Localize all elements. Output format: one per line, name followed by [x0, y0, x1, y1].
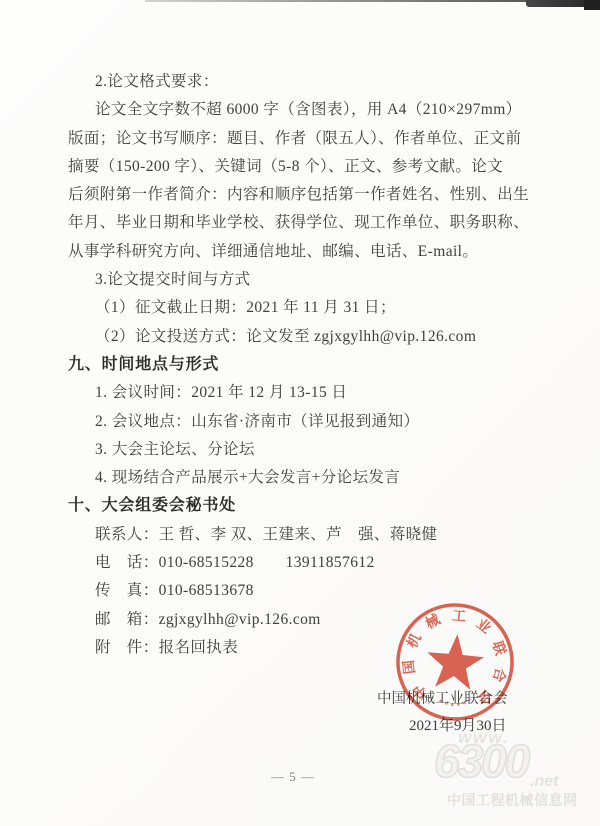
- doc-line: 2.论文格式要求：: [68, 68, 518, 96]
- doc-line: 论文全文字数不超 6000 字（含图表），用 A4（210×297mm）: [68, 96, 518, 124]
- doc-line: 4. 现场结合产品展示+大会发言+分论坛发言: [68, 464, 518, 492]
- seal-bottom-marks: [439, 699, 466, 707]
- doc-line: 1. 会议时间：2021 年 12 月 13-15 日: [68, 379, 518, 407]
- watermark-caption: 中国工程机械信息网: [447, 790, 578, 810]
- doc-line: 2. 会议地点：山东省·济南市（详见报到通知）: [68, 408, 518, 436]
- svg-text:工: 工: [451, 609, 466, 625]
- doc-line: 后须附第一作者简介：内容和顺序包括第一作者姓名、性别、出生: [68, 181, 518, 209]
- watermark-logo-6300: 6300: [434, 734, 528, 788]
- star-icon: [424, 632, 486, 691]
- doc-line: 年月、毕业日期和毕业学校、获得学位、现工作单位、职务职称、: [68, 209, 518, 237]
- site-watermark: www. 6300 .net 中国工程机械信息网: [432, 726, 600, 826]
- scan-corner-artifact-dark: [584, 0, 600, 10]
- contact-line: 联系人：王 哲、李 双、王建来、芦 强、蒋晓健: [68, 521, 518, 549]
- svg-text:国: 国: [400, 659, 418, 675]
- section-heading-10: 十、大会组委会秘书处: [68, 492, 518, 520]
- doc-line: （1）征文截止日期：2021 年 11 月 31 日；: [68, 294, 518, 322]
- doc-line: 3. 大会主论坛、分论坛: [68, 436, 518, 464]
- section-heading-9: 九、时间地点与形式: [68, 351, 518, 379]
- svg-text:合: 合: [489, 666, 509, 684]
- doc-line: 版面；论文书写顺序：题目、作者（限五人）、作者单位、正文前: [68, 125, 518, 153]
- contact-line: 电 话：010-68515228 13911857612: [68, 549, 518, 577]
- document-body: 2.论文格式要求： 论文全文字数不超 6000 字（含图表），用 A4（210×…: [68, 68, 518, 662]
- page-number: — 5 —: [263, 769, 323, 785]
- doc-line: 从事学科研究方向、详细通信地址、邮编、电话、E-mail。: [68, 238, 518, 266]
- doc-line: （2）论文投送方式：论文发至 zgjxgylhh@vip.126.com: [68, 323, 518, 351]
- watermark-net: .net: [530, 773, 558, 791]
- official-seal: 中国机械工业联合会: [387, 594, 524, 731]
- svg-text:联: 联: [489, 639, 509, 657]
- doc-line: 3.论文提交时间与方式: [68, 266, 518, 294]
- doc-line: 摘要（150-200 字）、关键词（5-8 个）、正文、参考文献。论文: [68, 153, 518, 181]
